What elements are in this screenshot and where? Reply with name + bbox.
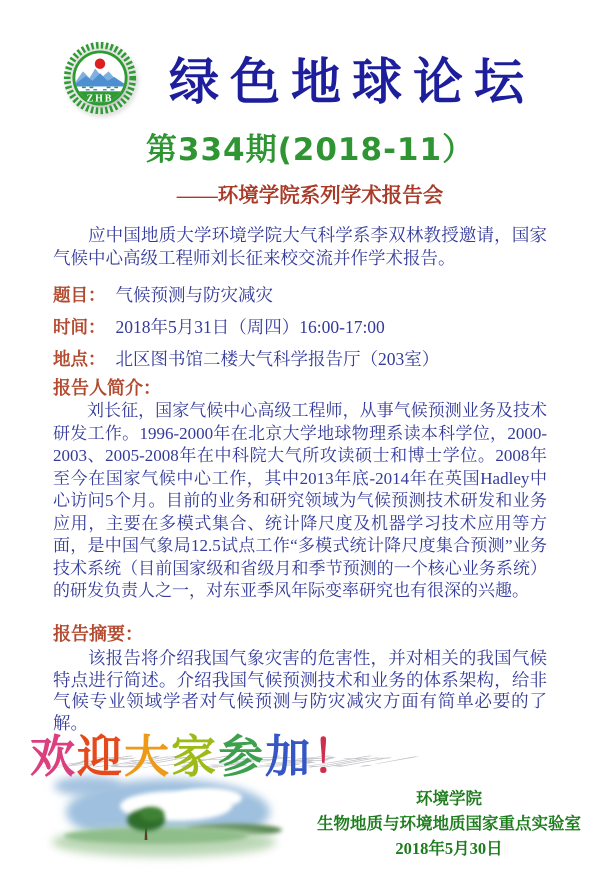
footer-line-date: 2018年5月30日 xyxy=(303,836,595,861)
footer-line-lab: 生物地质与环境地质国家重点实验室 xyxy=(303,811,595,836)
welcome-char: 家 xyxy=(171,732,218,782)
topic-value: 气候预测与防灾减灾 xyxy=(116,285,274,305)
welcome-char: 欢 xyxy=(30,732,77,782)
issue-number: 第334期(2018-11） xyxy=(0,124,600,169)
logo-zhb-text: ZHB xyxy=(87,93,114,104)
welcome-char: 大 xyxy=(124,732,171,782)
landscape-image xyxy=(36,770,294,870)
footer-line-college: 环境学院 xyxy=(303,786,595,811)
tree-crown-top xyxy=(140,807,164,821)
intro-paragraph: 应中国地质大学环境学院大气科学系李双林教授邀请，国家气候中心高级工程师刘长征来校… xyxy=(53,224,547,270)
topic-label: 题目： xyxy=(53,285,106,305)
location-label: 地点： xyxy=(53,349,106,369)
welcome-char: 加 xyxy=(265,732,312,782)
speaker-bio-paragraph: 刘长征，国家气候中心高级工程师，从事气候预测业务及技术研发工作。1996-200… xyxy=(53,400,547,603)
welcome-char: 迎 xyxy=(77,732,124,782)
welcome-text: 欢迎大家参加！ xyxy=(30,720,359,785)
series-subtitle: ——环境学院系列学术报告会 xyxy=(0,178,600,208)
welcome-char: ！ xyxy=(312,732,359,782)
logo-sun-icon xyxy=(95,59,105,69)
topic-row: 题目：气候预测与防灾减灾 xyxy=(53,282,273,307)
welcome-char: 参 xyxy=(218,732,265,782)
time-value: 2018年5月31日（周四）16:00-17:00 xyxy=(116,317,385,337)
grass-band xyxy=(64,828,248,844)
location-row: 地点：北区图书馆二楼大气科学报告厅（203室） xyxy=(53,346,439,371)
footer-signature: 环境学院 生物地质与环境地质国家重点实验室 2018年5月30日 xyxy=(303,786,595,861)
speaker-bio-label: 报告人简介： xyxy=(53,374,161,400)
time-row: 时间：2018年5月31日（周四）16:00-17:00 xyxy=(53,314,385,339)
location-value: 北区图书馆二楼大气科学报告厅（203室） xyxy=(116,349,440,369)
abstract-label: 报告摘要： xyxy=(53,620,143,646)
seminar-poster: ZHB 绿色地球论坛 第334期(2018-11） ——环境学院系列学术报告会 … xyxy=(0,0,600,880)
cloud-icon-2 xyxy=(174,788,242,808)
forum-title: 绿色地球论坛 xyxy=(126,42,578,114)
time-label: 时间： xyxy=(53,317,106,337)
